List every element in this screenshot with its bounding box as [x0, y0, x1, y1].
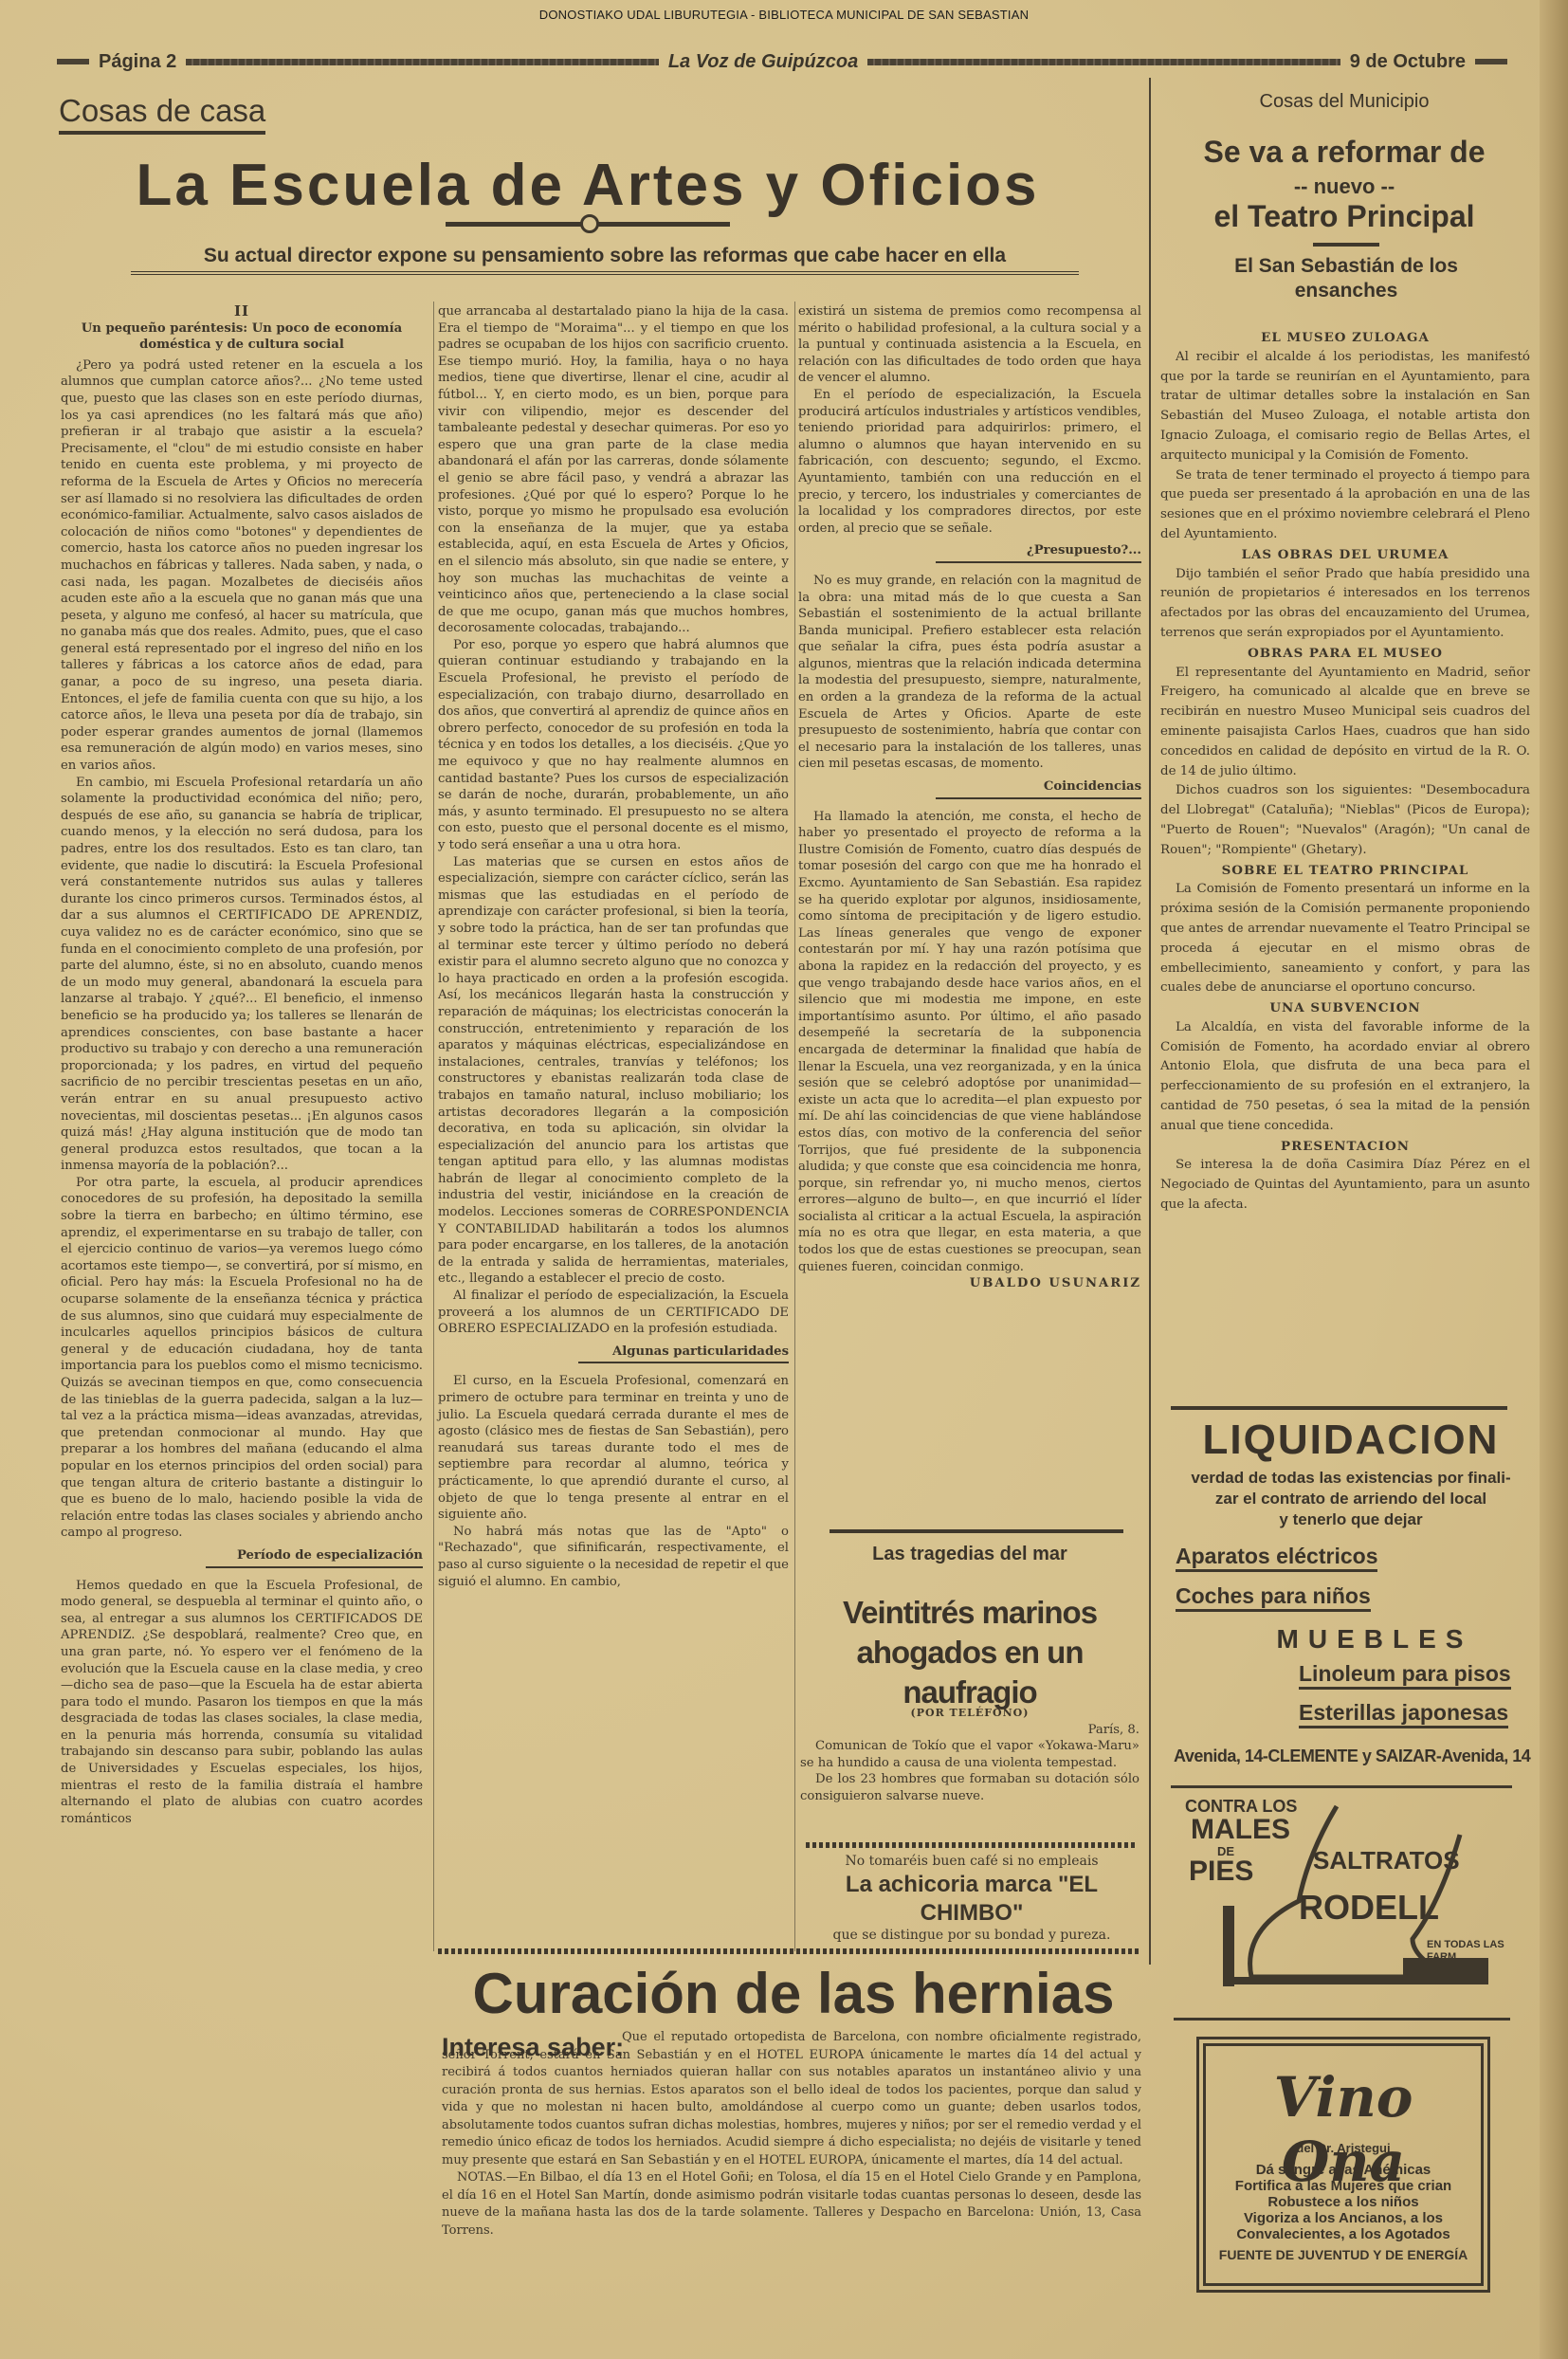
archive-header: DONOSTIAKO UDAL LIBURUTEGIA - BIBLIOTECA…	[0, 8, 1568, 22]
ad-line: y tenerlo que dejar	[1166, 1509, 1536, 1530]
ornament-rule	[830, 1529, 1123, 1533]
running-head: Página 2 La Voz de Guipúzcoa 9 de Octubr…	[57, 49, 1507, 74]
paragraph: que arrancaba al destartalado piano la h…	[438, 303, 789, 637]
ad-item: Aparatos eléctricos	[1176, 1544, 1377, 1572]
ad-line: Convalecientes, a los Agotados	[1206, 2226, 1481, 2242]
ad-line: verdad de todas las existencias por fina…	[1166, 1468, 1536, 1489]
municipio-headline-2: -- nuevo --	[1155, 174, 1534, 199]
saltratos-ad: CONTRA LOS MALES DE PIES SALTRATOS RODEL…	[1185, 1797, 1507, 1996]
paragraph: En el período de especialización, la Esc…	[798, 387, 1141, 537]
liquidacion-title: LIQUIDACION	[1166, 1417, 1536, 1464]
part-number: II	[61, 303, 423, 320]
ad-footer: Avenida, 14-CLEMENTE y SAIZAR-Avenida, 1…	[1174, 1746, 1530, 1766]
shipwreck-headline: Veintitrés marinos ahogados en un naufra…	[798, 1593, 1141, 1712]
vino-claims: Dá sangre a las Anémicas Fortifica a las…	[1206, 2162, 1481, 2242]
paragraph: existirá un sistema de premios como reco…	[798, 303, 1141, 387]
item-heading: SOBRE EL TEATRO PRINCIPAL	[1160, 861, 1530, 881]
subheading: Algunas particularidades	[438, 1344, 789, 1361]
rule	[206, 1566, 423, 1568]
paragraph: El curso, en la Escuela Profesional, com…	[438, 1373, 789, 1523]
ad-line: Fortifica a las Mujeres que crian	[1206, 2178, 1481, 2194]
paragraph: Las materias que se cursen en estos años…	[438, 854, 789, 1288]
rule	[1171, 1406, 1507, 1410]
page-label: Página 2	[99, 51, 176, 73]
rule	[936, 561, 1141, 563]
paragraph: De los 23 hombres que formaban su dotaci…	[800, 1771, 1140, 1804]
paragraph: No es muy grande, en relación con la mag…	[798, 573, 1141, 773]
paragraph: Por otra parte, la escuela, al producir …	[61, 1175, 423, 1542]
ornament	[580, 214, 599, 233]
wavy-rule	[438, 1948, 1140, 1954]
ad-line: No tomaréis buen café si no empleais	[806, 1854, 1138, 1871]
rule	[867, 59, 1340, 65]
article-column-3: existirá un sistema de premios como reco…	[798, 303, 1141, 1292]
paragraph: Dijo también el señor Prado que había pr…	[1160, 565, 1530, 644]
item-heading: UNA SUBVENCION	[1160, 998, 1530, 1018]
column-rule	[794, 302, 795, 1951]
rule	[1475, 59, 1507, 64]
municipio-news: EL MUSEO ZULOAGA Al recibir el alcalde á…	[1160, 328, 1530, 1216]
shipwreck-kicker: Las tragedias del mar	[798, 1544, 1141, 1565]
rule	[578, 1362, 789, 1363]
ad-line: que se distingue por su bondad y pureza.	[806, 1928, 1138, 1945]
paragraph: Por eso, porque yo espero que habrá alum…	[438, 637, 789, 854]
vino-maker: del Dr. Aristegui	[1206, 2141, 1481, 2155]
paragraph: Se interesa la de doña Casimira Díaz Pér…	[1160, 1156, 1530, 1215]
paragraph: Se trata de tener terminado el proyecto …	[1160, 466, 1530, 545]
municipio-subhead: El San Sebastián de los ensanches	[1204, 254, 1488, 303]
item-heading: PRESENTACION	[1160, 1137, 1530, 1157]
column-rule	[1149, 78, 1151, 1965]
wavy-rule	[806, 1842, 1138, 1848]
rule	[1174, 2018, 1510, 2021]
paragraph: NOTAS.—En Bilbao, el día 13 en el Hotel …	[442, 2169, 1141, 2240]
rule	[936, 797, 1141, 799]
chimbo-ad: No tomaréis buen café si no empleais La …	[806, 1854, 1138, 1944]
ad-item: Linoleum para pisos	[1299, 1661, 1511, 1690]
hernia-ad-body: Que el reputado ortopedista de Barcelona…	[442, 2029, 1141, 2240]
municipio-headline-1: Se va a reformar de	[1155, 135, 1534, 170]
municipio-headline-3: el Teatro Principal	[1155, 199, 1534, 234]
shipwreck-story: (POR TELÉFONO) París, 8. Comunican de To…	[800, 1705, 1140, 1805]
subheading: ¿Presupuesto?...	[798, 542, 1141, 559]
item-heading: EL MUSEO ZULOAGA	[1160, 328, 1530, 348]
paragraph: La Comisión de Fomento presentará un inf…	[1160, 880, 1530, 998]
subheading: Período de especialización	[61, 1547, 423, 1564]
dateline: París, 8.	[800, 1722, 1140, 1739]
subheading: Coincidencias	[798, 778, 1141, 795]
paragraph: Ha llamado la atención, me consta, el he…	[798, 809, 1141, 1276]
paragraph: Que el reputado ortopedista de Barcelona…	[442, 2029, 1141, 2169]
paragraph: ¿Pero ya podrá usted retener en la escue…	[61, 357, 423, 775]
ornament-rule	[1313, 243, 1379, 247]
rule	[57, 59, 89, 64]
liquidacion-text: verdad de todas las existencias por fina…	[1166, 1468, 1536, 1530]
vino-slogan: FUENTE DE JUVENTUD Y DE ENERGÍA	[1206, 2247, 1481, 2262]
page-edge	[1540, 0, 1568, 2359]
ad-line: Robustece a los niños	[1206, 2194, 1481, 2210]
paragraph: El representante del Ayuntamiento en Mad…	[1160, 664, 1530, 782]
rule	[186, 59, 659, 65]
issue-date: 9 de Octubre	[1350, 51, 1466, 73]
paragraph: No habrá más notas que las de "Apto" o "…	[438, 1524, 789, 1590]
article-deck: Su actual director expone su pensamiento…	[131, 245, 1079, 275]
ad-line: Dá sangre a las Anémicas	[1206, 2162, 1481, 2178]
part-title: Un pequeño paréntesis: Un poco de econom…	[61, 320, 423, 354]
ad-item: Coches para niños	[1176, 1583, 1371, 1612]
article-title: La Escuela de Artes y Oficios	[95, 152, 1081, 219]
ad-item: Esterillas japonesas	[1299, 1700, 1508, 1728]
article-column-1: II Un pequeño paréntesis: Un poco de eco…	[61, 303, 423, 1827]
author-signature: UBALDO USUNARIZ	[798, 1275, 1141, 1292]
vino-ad: Vino Ona del Dr. Aristegui Dá sangre a l…	[1196, 2037, 1490, 2293]
ad-brand: La achicoria marca "EL CHIMBO"	[806, 1871, 1138, 1928]
paragraph: Dichos cuadros son los siguientes: "Dese…	[1160, 781, 1530, 860]
paragraph: Hemos quedado en que la Escuela Profesio…	[61, 1578, 423, 1828]
rule	[1171, 1785, 1512, 1788]
ad-line: Vigoriza a los Ancianos, a los	[1206, 2210, 1481, 2226]
paragraph: La Alcaldía, en vista del favorable info…	[1160, 1018, 1530, 1137]
newspaper-name: La Voz de Guipúzcoa	[668, 51, 858, 73]
article-column-2: que arrancaba al destartalado piano la h…	[438, 303, 789, 1590]
paragraph: En cambio, mi Escuela Profesional retard…	[61, 775, 423, 1175]
ad-line: zar el contrato de arriendo del local	[1166, 1489, 1536, 1509]
section-kicker: Cosas de casa	[59, 93, 265, 135]
paragraph: Comunican de Tokío que el vapor «Yokawa-…	[800, 1738, 1140, 1771]
dispatch-via: (POR TELÉFONO)	[800, 1705, 1140, 1722]
item-heading: OBRAS PARA EL MUSEO	[1160, 644, 1530, 664]
ad-center: MUEBLES	[1232, 1624, 1517, 1655]
hernia-ad-headline: Curación de las hernias	[438, 1963, 1149, 2025]
paragraph: Al finalizar el período de especializaci…	[438, 1288, 789, 1338]
item-heading: LAS OBRAS DEL URUMEA	[1160, 545, 1530, 565]
municipio-section: Cosas del Municipio	[1155, 91, 1534, 113]
column-rule	[433, 302, 434, 1951]
paragraph: Al recibir el alcalde á los periodistas,…	[1160, 348, 1530, 466]
foot-illustration-icon	[1185, 1797, 1507, 1996]
